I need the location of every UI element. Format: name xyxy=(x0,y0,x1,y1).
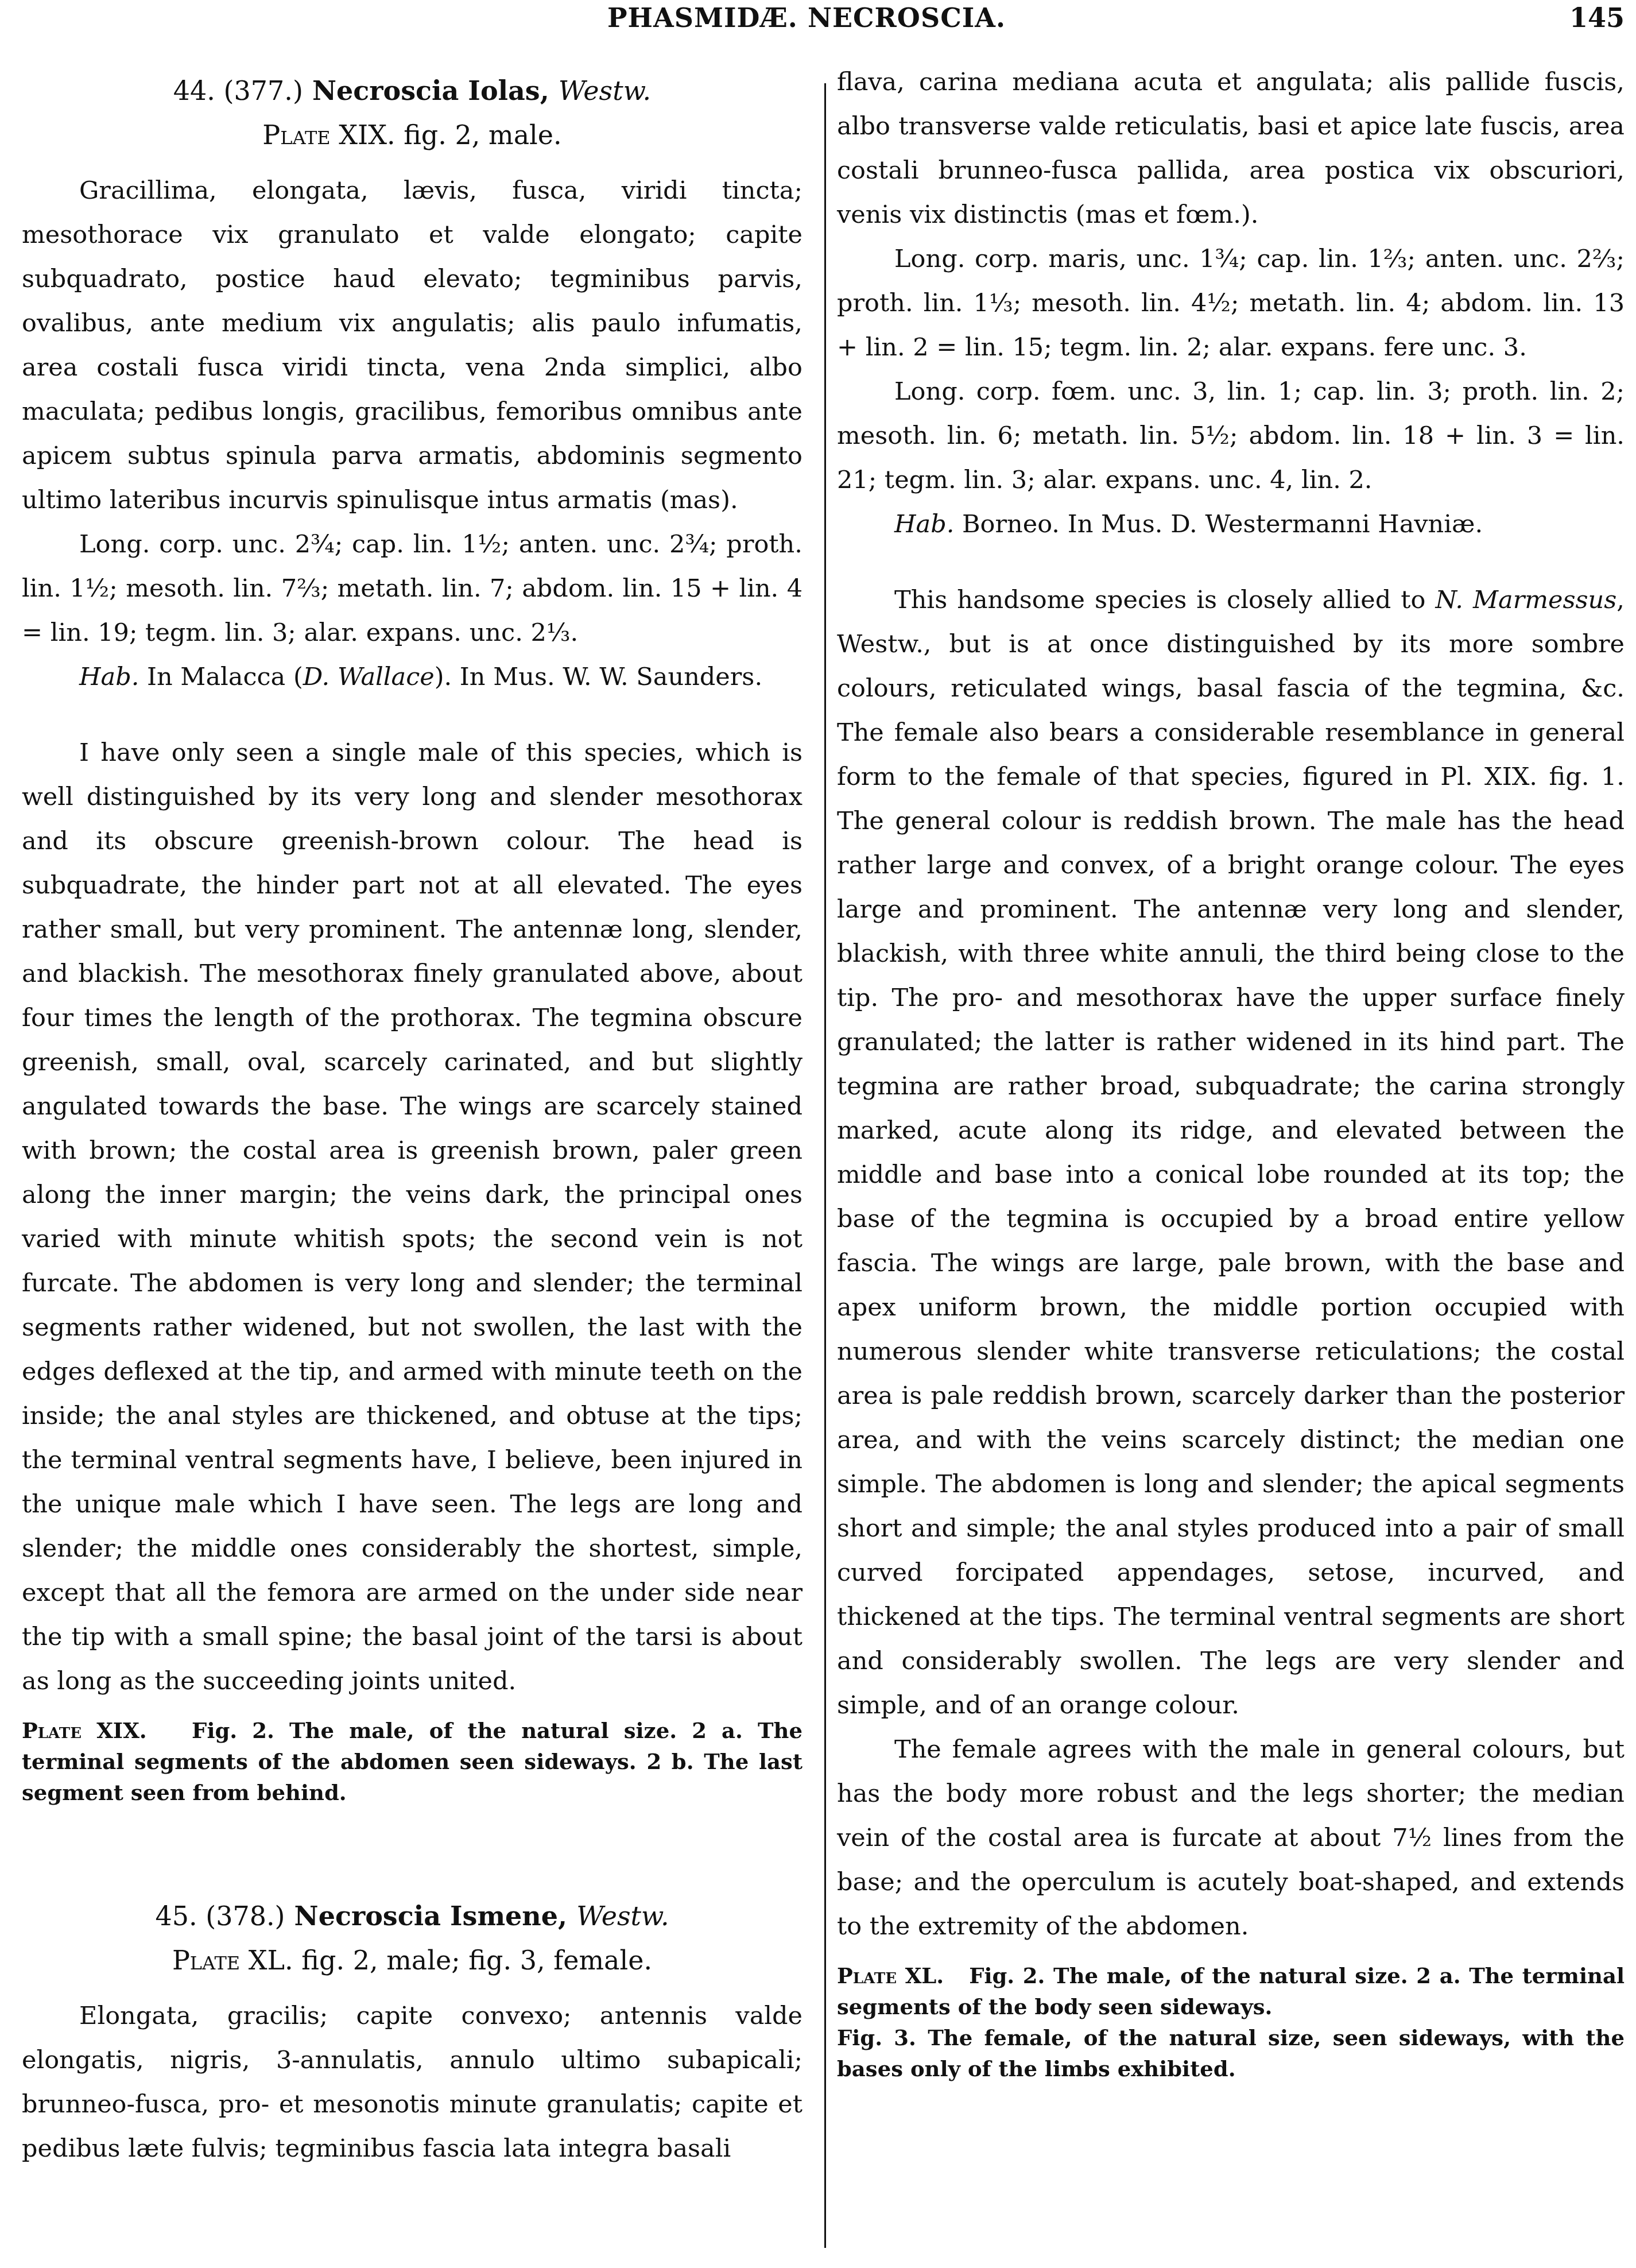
species-44-author: Westw. xyxy=(559,75,651,106)
species-45-measurements-male: Long. corp. maris, unc. 1¾; cap. lin. 1⅔… xyxy=(837,237,1625,370)
plate-ref-text: XL. fig. 2, male; fig. 3, female. xyxy=(249,1945,652,1976)
species-44-english-description: I have only seen a single male of this s… xyxy=(22,731,803,1704)
species-45-plate-caption-fig3: Fig. 3. The female, of the natural size,… xyxy=(837,2022,1625,2084)
plate-label: Plate xyxy=(172,1945,240,1976)
species-45-number: 45. (378.) xyxy=(155,1901,285,1932)
column-divider xyxy=(824,83,826,2248)
plate-ref-text: XIX. fig. 2, male. xyxy=(339,119,561,150)
caption-fig2: Fig. 2. The male, of the natural size. 2… xyxy=(837,1963,1625,2019)
right-column: flava, carina mediana acuta et angulata;… xyxy=(837,60,1625,2084)
species-44-plate-caption: Plate XIX. Fig. 2. The male, of the natu… xyxy=(22,1715,803,1808)
caption-label: Plate XL. xyxy=(837,1963,944,1988)
running-head: PHASMIDÆ. NECROSCIA. 145 xyxy=(0,0,1636,34)
species-45-plate-ref: Plate XL. fig. 2, male; fig. 3, female. xyxy=(22,1938,803,1983)
left-column: 44. (377.) Necroscia Iolas, Westw. Plate… xyxy=(22,69,803,2171)
species-45-female-description: The female agrees with the male in gener… xyxy=(837,1728,1625,1949)
related-species: N. Marmessus xyxy=(1435,586,1616,614)
running-head-title: PHASMIDÆ. NECROSCIA. xyxy=(607,2,1006,33)
habitat-museum: ). In Mus. W. W. Saunders. xyxy=(435,663,762,691)
species-45-latin-description-cont: flava, carina mediana acuta et angulata;… xyxy=(837,60,1625,237)
species-44-latin-description: Gracillima, elongata, lævis, fusca, viri… xyxy=(22,169,803,523)
species-44-name: Necroscia Iolas, xyxy=(312,75,549,106)
species-45-plate-caption: Plate XL. Fig. 2. The male, of the natur… xyxy=(837,1960,1625,2022)
plate-label: Plate xyxy=(262,119,330,150)
species-45-heading: 45. (378.) Necroscia Ismene, Westw. xyxy=(22,1894,803,1938)
page-number: 145 xyxy=(1569,2,1625,33)
desc-text-b: , Westw., but is at once distinguished b… xyxy=(837,586,1625,1720)
habitat-collector: D. Wallace xyxy=(303,663,435,691)
habitat-text: Borneo. In Mus. D. Westermanni Havniæ. xyxy=(962,510,1483,539)
caption-label: Plate XIX. xyxy=(22,1718,147,1743)
species-44-measurements: Long. corp. unc. 2¾; cap. lin. 1½; anten… xyxy=(22,523,803,655)
habitat-label: Hab. xyxy=(894,510,954,539)
species-45-name: Necroscia Ismene, xyxy=(294,1901,568,1932)
desc-text-a: This handsome species is closely allied … xyxy=(894,586,1435,614)
habitat-label: Hab. xyxy=(79,663,139,691)
species-44-heading: 44. (377.) Necroscia Iolas, Westw. xyxy=(22,69,803,113)
species-44-number: 44. (377.) xyxy=(173,75,303,106)
species-45-english-description: This handsome species is closely allied … xyxy=(837,578,1625,1728)
species-45-measurements-female: Long. corp. fœm. unc. 3, lin. 1; cap. li… xyxy=(837,370,1625,502)
habitat-text: In Malacca ( xyxy=(147,663,303,691)
species-45-habitat: Hab. Borneo. In Mus. D. Westermanni Havn… xyxy=(837,502,1625,547)
species-44-plate-ref: Plate XIX. fig. 2, male. xyxy=(22,113,803,157)
species-45-latin-description: Elongata, gracilis; capite convexo; ante… xyxy=(22,1994,803,2171)
species-44-habitat: Hab. In Malacca (D. Wallace). In Mus. W.… xyxy=(22,655,803,699)
species-45-author: Westw. xyxy=(576,1901,669,1932)
